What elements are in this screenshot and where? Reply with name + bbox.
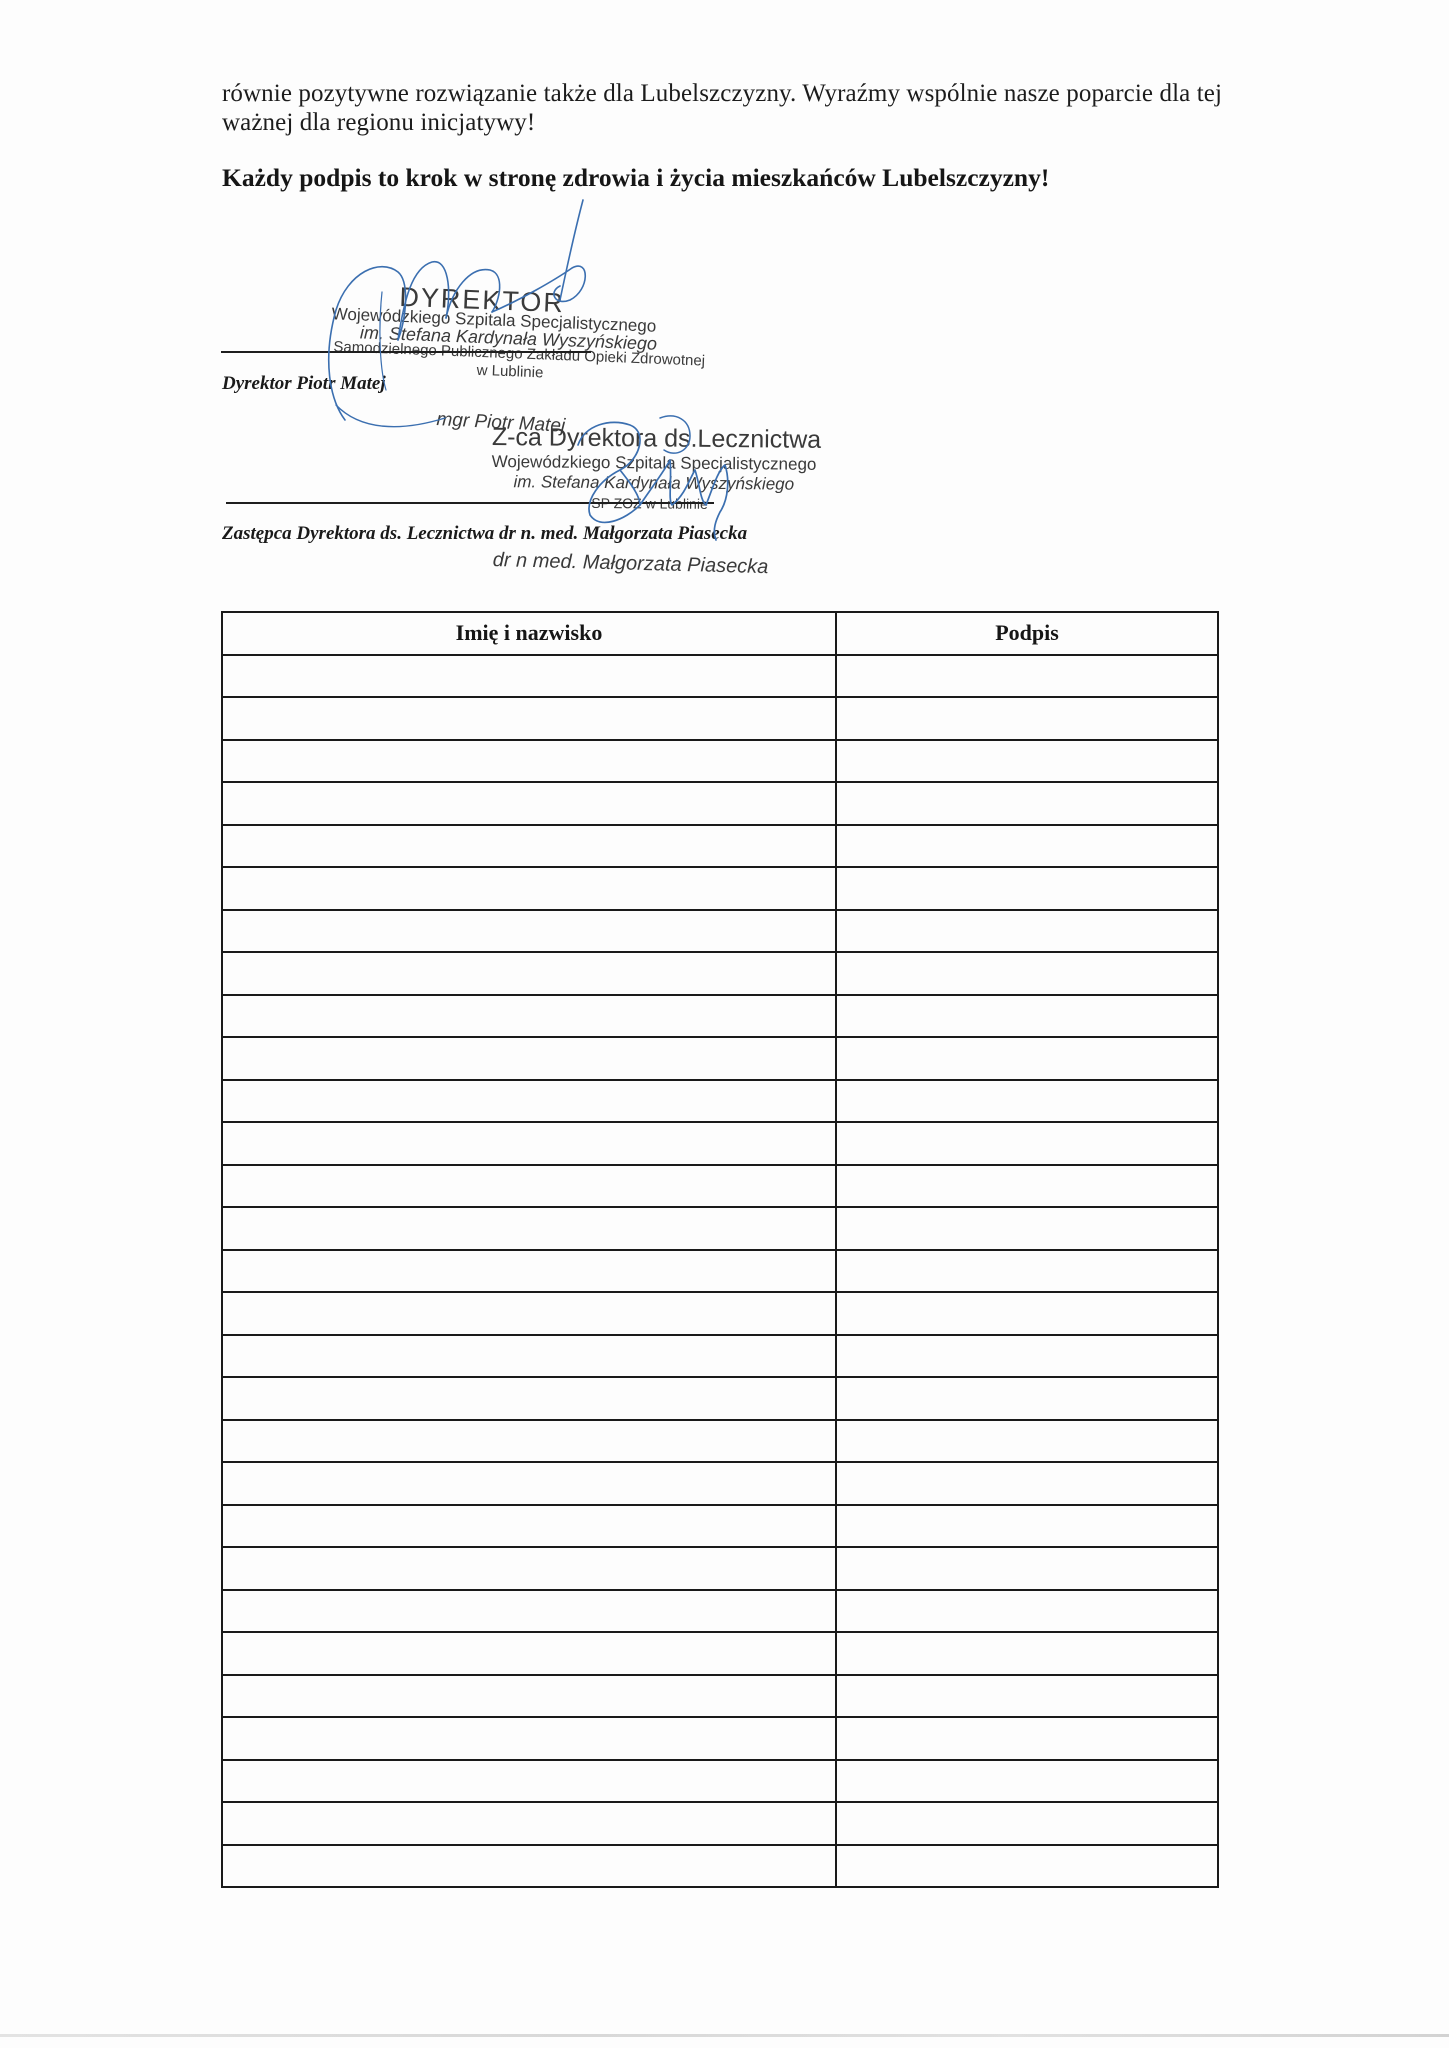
table-row (222, 1462, 1218, 1505)
signature-cell[interactable] (836, 1590, 1218, 1633)
name-cell[interactable] (222, 825, 836, 868)
column-header-signature: Podpis (836, 612, 1218, 655)
signature-cell[interactable] (836, 655, 1218, 698)
name-cell[interactable] (222, 1377, 836, 1420)
signature-cell[interactable] (836, 910, 1218, 953)
table-body (222, 655, 1218, 1888)
table-row (222, 1760, 1218, 1803)
column-header-name: Imię i nazwisko (222, 612, 836, 655)
table-row (222, 1802, 1218, 1845)
signature-cell[interactable] (836, 1250, 1218, 1293)
table-row (222, 995, 1218, 1038)
table-row (222, 1717, 1218, 1760)
name-cell[interactable] (222, 1675, 836, 1718)
name-cell[interactable] (222, 1717, 836, 1760)
name-cell[interactable] (222, 782, 836, 825)
signature-cell[interactable] (836, 1377, 1218, 1420)
table-row (222, 1505, 1218, 1548)
name-cell[interactable] (222, 1080, 836, 1123)
name-cell[interactable] (222, 740, 836, 783)
table-row (222, 1547, 1218, 1590)
table-header-row: Imię i nazwisko Podpis (222, 612, 1218, 655)
closing-paragraph: równie pozytywne rozwiązanie także dla L… (222, 79, 1222, 137)
signature-table: Imię i nazwisko Podpis (221, 611, 1219, 1888)
table-row (222, 1207, 1218, 1250)
deputy-signature-line (226, 502, 714, 504)
table-row (222, 1335, 1218, 1378)
petition-page: równie pozytywne rozwiązanie także dla L… (0, 0, 1449, 2048)
signature-cell[interactable] (836, 1080, 1218, 1123)
signature-cell[interactable] (836, 1420, 1218, 1463)
name-cell[interactable] (222, 867, 836, 910)
table-row (222, 1292, 1218, 1335)
signature-cell[interactable] (836, 1505, 1218, 1548)
signature-cell[interactable] (836, 1165, 1218, 1208)
table-row (222, 952, 1218, 995)
table-row (222, 1845, 1218, 1888)
table-row (222, 782, 1218, 825)
name-cell[interactable] (222, 1292, 836, 1335)
signature-cell[interactable] (836, 1845, 1218, 1888)
table-row (222, 1590, 1218, 1633)
name-cell[interactable] (222, 1547, 836, 1590)
name-cell[interactable] (222, 995, 836, 1038)
name-cell[interactable] (222, 1037, 836, 1080)
deputy-name-stamp-text: dr n med. Małgorzata Piasecka (492, 549, 768, 578)
name-cell[interactable] (222, 1207, 836, 1250)
signature-cell[interactable] (836, 1717, 1218, 1760)
signature-cell[interactable] (836, 1335, 1218, 1378)
table-row (222, 1675, 1218, 1718)
name-cell[interactable] (222, 1845, 836, 1888)
name-cell[interactable] (222, 1335, 836, 1378)
director-stamp-line: w Lublinie (476, 363, 543, 381)
name-cell[interactable] (222, 1802, 836, 1845)
name-cell[interactable] (222, 1165, 836, 1208)
name-cell[interactable] (222, 1420, 836, 1463)
signature-cell[interactable] (836, 1207, 1218, 1250)
table-row (222, 1420, 1218, 1463)
signature-cell[interactable] (836, 1547, 1218, 1590)
deputy-caption: Zastępca Dyrektora ds. Lecznictwa dr n. … (222, 523, 747, 545)
name-cell[interactable] (222, 1760, 836, 1803)
signature-cell[interactable] (836, 995, 1218, 1038)
director-signature-line (221, 351, 591, 353)
name-cell[interactable] (222, 1590, 836, 1633)
signature-cell[interactable] (836, 1037, 1218, 1080)
name-cell[interactable] (222, 697, 836, 740)
signature-cell[interactable] (836, 825, 1218, 868)
director-caption: Dyrektor Piotr Matej (222, 373, 386, 395)
name-cell[interactable] (222, 1462, 836, 1505)
signature-cell[interactable] (836, 782, 1218, 825)
signature-cell[interactable] (836, 952, 1218, 995)
table-row (222, 910, 1218, 953)
signature-cell[interactable] (836, 697, 1218, 740)
table-row (222, 1165, 1218, 1208)
signature-cell[interactable] (836, 867, 1218, 910)
name-cell[interactable] (222, 655, 836, 698)
deputy-name-stamp: dr n med. Małgorzata Piasecka (492, 550, 768, 577)
table-row (222, 1632, 1218, 1675)
signature-cell[interactable] (836, 1292, 1218, 1335)
signature-cell[interactable] (836, 1760, 1218, 1803)
table-row (222, 1122, 1218, 1165)
name-cell[interactable] (222, 1122, 836, 1165)
signature-cell[interactable] (836, 1675, 1218, 1718)
signature-cell[interactable] (836, 1462, 1218, 1505)
signature-cell[interactable] (836, 1802, 1218, 1845)
name-cell[interactable] (222, 952, 836, 995)
name-cell[interactable] (222, 1632, 836, 1675)
table-row (222, 1377, 1218, 1420)
signature-cell[interactable] (836, 1632, 1218, 1675)
deputy-stamp-title: Z-ca Dyrektora ds.Lecznictwa (492, 425, 821, 453)
name-cell[interactable] (222, 910, 836, 953)
table-row (222, 1250, 1218, 1293)
signature-cell[interactable] (836, 740, 1218, 783)
deputy-stamp-line: Wojewódzkiego Szpitala Specjalistycznego (492, 453, 817, 473)
table-row (222, 1080, 1218, 1123)
table-row (222, 740, 1218, 783)
table-row (222, 655, 1218, 698)
deputy-stamp-line: im. Stefana Kardynała Wyszyńskiego (513, 473, 794, 492)
table-row (222, 1037, 1218, 1080)
appeal-heading: Każdy podpis to krok w stronę zdrowia i … (222, 163, 1049, 193)
signature-cell[interactable] (836, 1122, 1218, 1165)
table-row (222, 867, 1218, 910)
name-cell[interactable] (222, 1250, 836, 1293)
name-cell[interactable] (222, 1505, 836, 1548)
table-row (222, 825, 1218, 868)
scan-edge (0, 2034, 1449, 2037)
table-row (222, 697, 1218, 740)
